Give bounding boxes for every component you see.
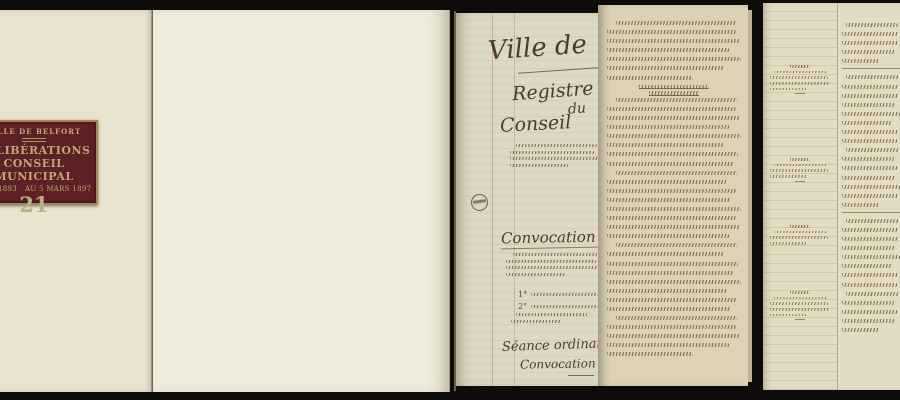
margin-note-handwriting [770,164,830,178]
margin-note-heading-handwriting [790,225,810,228]
agenda-list: 1° 2° [518,290,598,314]
margin-note [770,291,830,320]
blank-flyleaf-page [153,10,450,392]
deliberations-handwriting [842,75,900,206]
scanned-register-book: VILLE DE BELFORT DÉLIBÉRATIONS CONSEIL M… [0,0,900,400]
deliberations-handwriting [842,23,900,63]
book-cover: VILLE DE BELFORT DÉLIBÉRATIONS CONSEIL M… [0,10,152,392]
minutes-body-handwriting [607,98,741,357]
page-edge-sliver [748,10,752,382]
spine-label: VILLE DE BELFORT DÉLIBÉRATIONS CONSEIL M… [0,120,98,205]
footer-dash [568,375,594,376]
page-edge-crease [449,10,450,392]
margin-note-dash [795,319,806,320]
label-title-line: DÉLIBÉRATIONS [0,144,96,157]
margin-column-separator [837,3,838,390]
margin-crease [514,13,515,386]
label-date-start: JUIN 1893 [0,185,17,193]
label-volume-number: 21 [0,194,96,216]
margin-note-dash [795,181,806,182]
conseil-municipal-line-handwriting [649,91,700,96]
section-heading-convocation: Convocation du Con [501,227,603,250]
deliberations-text-column [842,23,900,337]
margin-note [770,158,830,182]
agenda-item-handwriting [531,305,598,308]
agenda-item-handwriting [531,293,598,296]
agenda-item: 2° [518,302,598,311]
margin-note-dash [795,93,806,94]
section-rule [842,212,900,213]
attendance-list-handwriting [607,21,741,80]
red-margin-line [492,13,493,386]
margin-note-heading-handwriting [790,65,810,68]
deliberations-page [763,3,900,390]
label-city-line: VILLE DE BELFORT [0,127,96,136]
register-title-page: Ville de Registre des du Conseil Convoca… [456,13,603,386]
margin-note [770,65,830,94]
closing-paragraph-handwriting [511,313,589,326]
label-subtitle-line: CONSEIL MUNICIPAL [0,157,96,183]
agenda-item-number: 1° [518,290,527,299]
title-conseil: Conseil [499,111,571,137]
section-rule [842,68,900,69]
margin-note-handwriting [770,231,830,245]
margin-note-handwriting [770,71,830,90]
margin-note-heading-handwriting [790,158,810,161]
presidence-line-handwriting [639,85,709,90]
footer-convocation: Convocation [520,356,596,371]
ruled-lines [763,3,837,390]
convocation-paragraph-handwriting [506,253,600,279]
margin-note-handwriting [770,297,830,316]
certification-paragraph-handwriting [510,144,600,170]
archive-stamp-icon [471,194,488,211]
agenda-item: 1° [518,290,598,299]
deliberations-handwriting [842,219,900,332]
minutes-page [598,5,748,386]
margin-note [770,225,830,248]
label-divider [22,138,46,142]
agenda-item-number: 2° [518,302,527,311]
minutes-handwriting [598,5,748,356]
margin-note-heading-handwriting [790,291,810,294]
